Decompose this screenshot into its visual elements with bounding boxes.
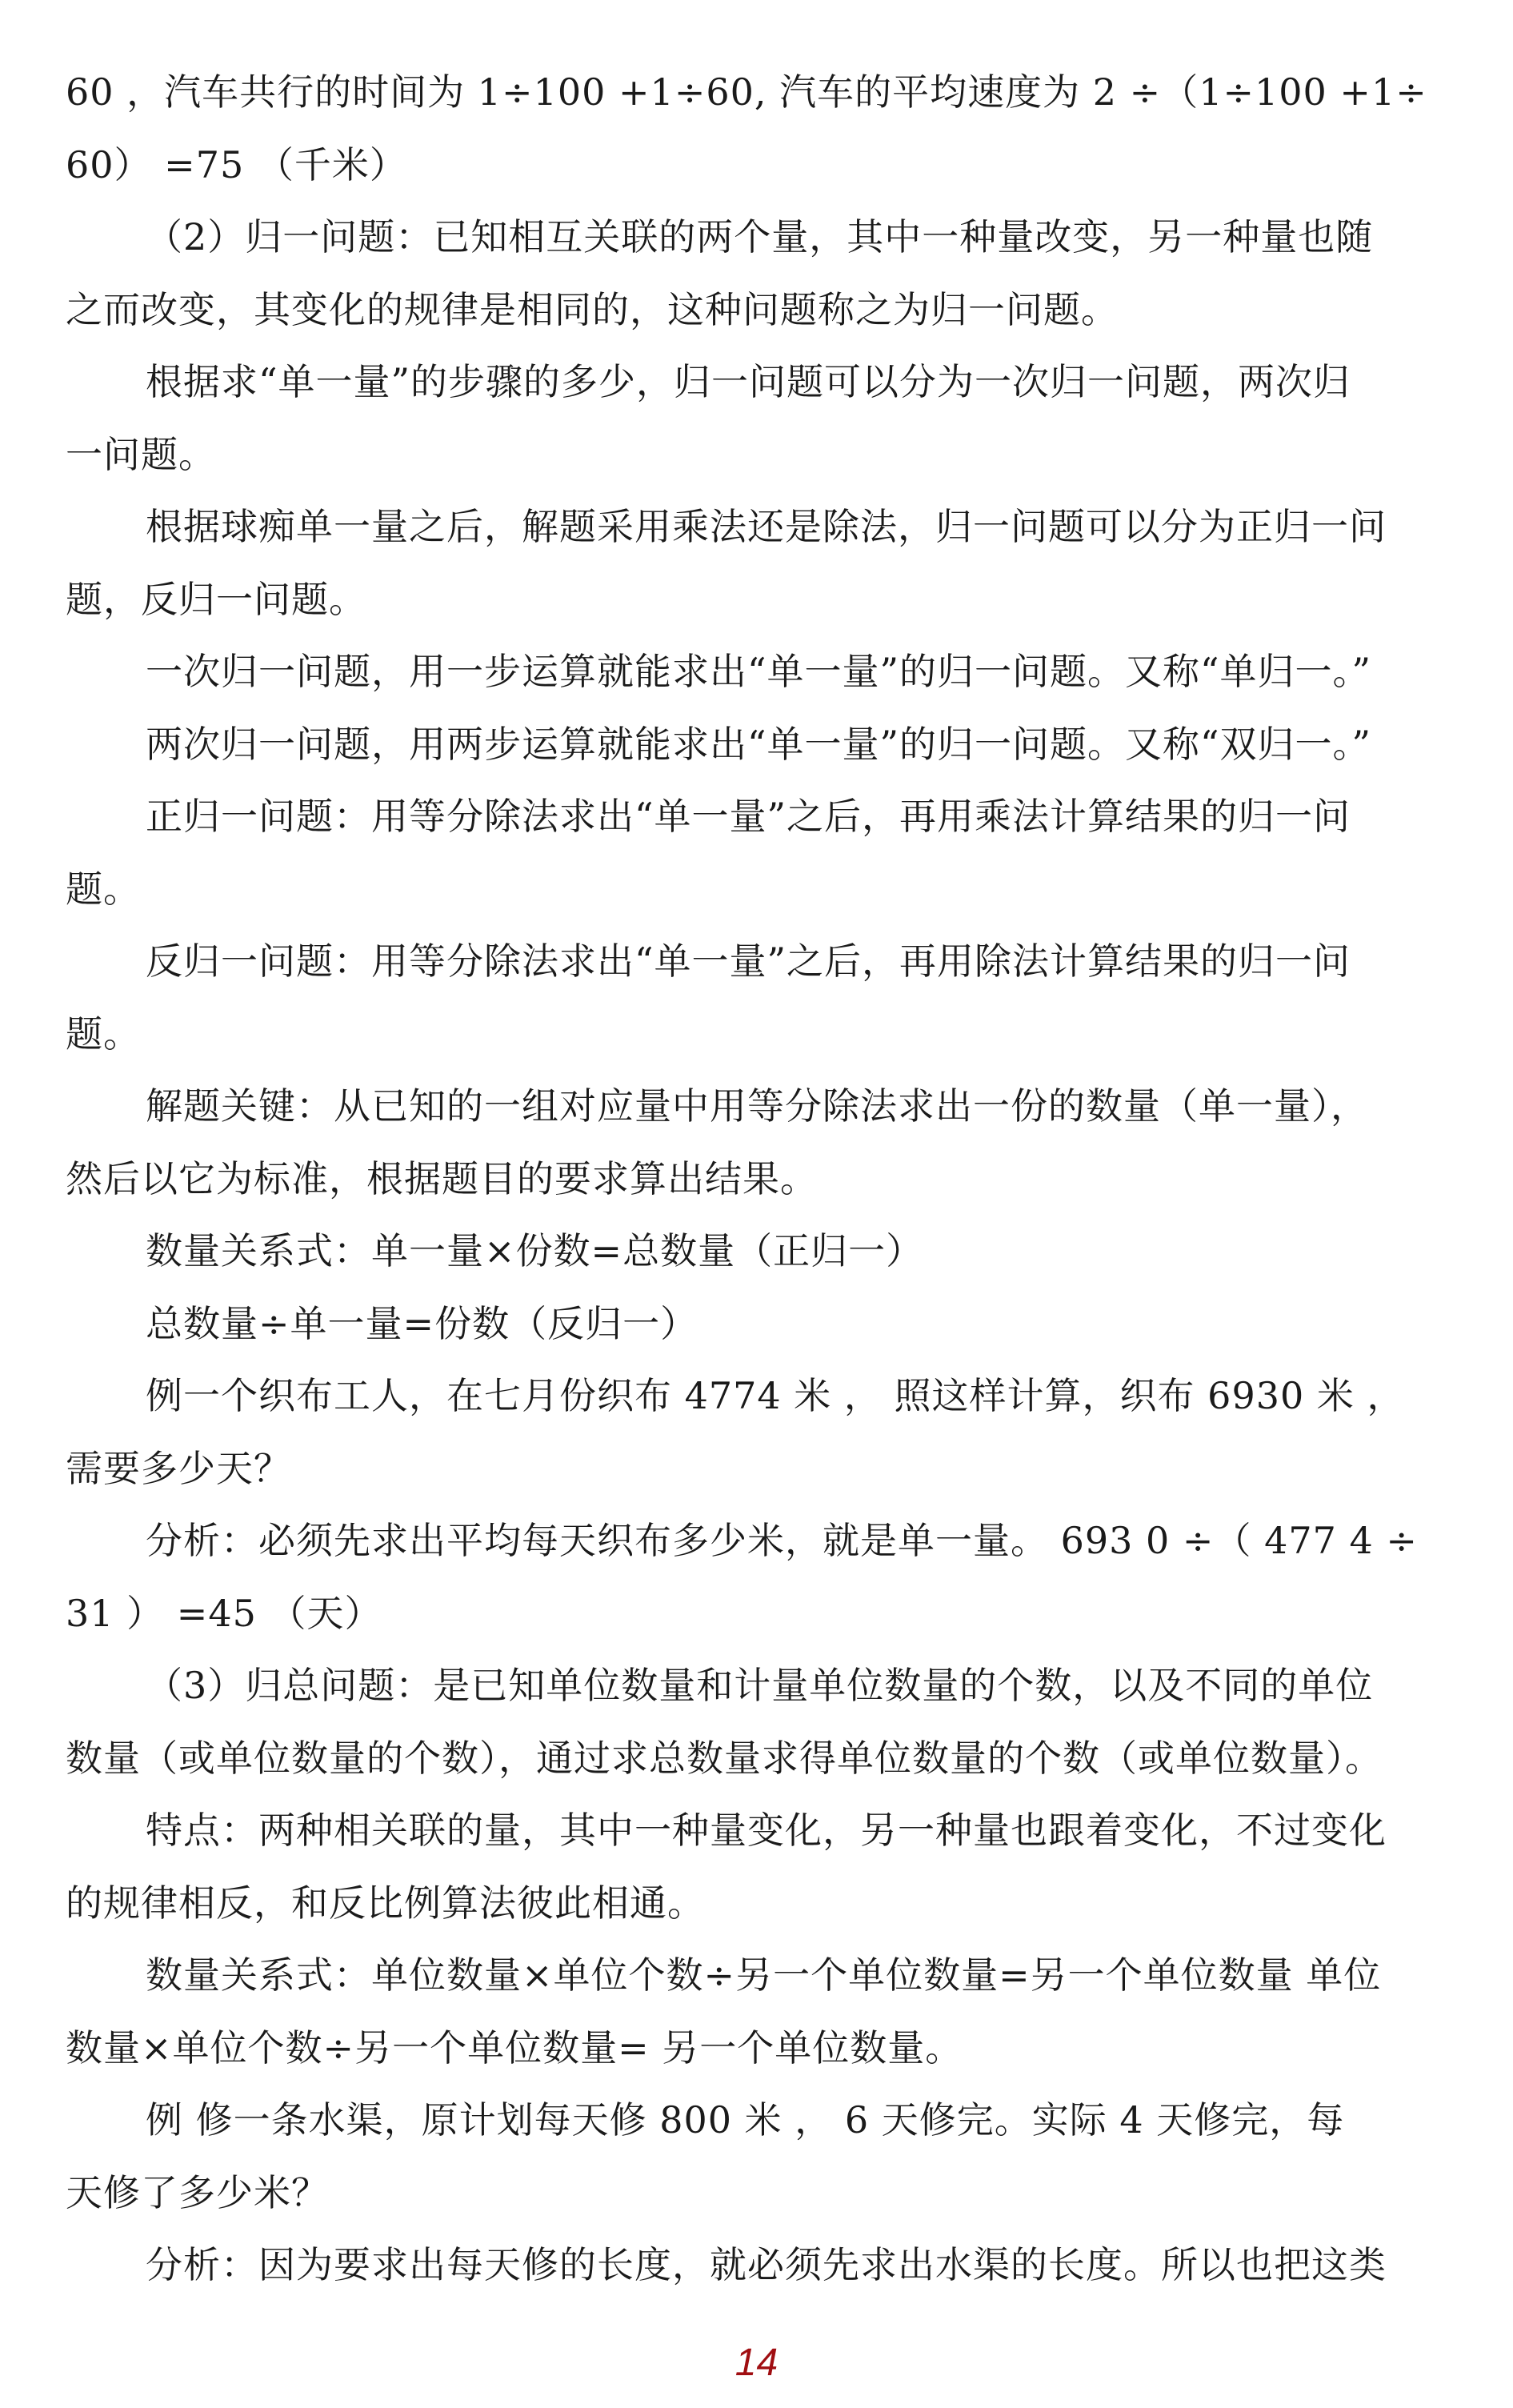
text-line: 例 修一条水渠，原计划每天修 800 米 ， 6 天修完。实际 4 天修完，每 — [66, 2084, 1458, 2157]
text-line: 数量×单位个数÷另一个单位数量= 另一个单位数量。 — [66, 2012, 1458, 2085]
text-line: 然后以它为标准，根据题目的要求算出结果。 — [66, 1143, 1458, 1216]
text-line: 数量（或单位数量的个数），通过求总数量求得单位数量的个数（或单位数量）。 — [66, 1722, 1458, 1795]
text-line: （3）归总问题：是已知单位数量和计量单位数量的个数，以及不同的单位 — [66, 1649, 1458, 1722]
text-line: 需要多少天？ — [66, 1432, 1458, 1505]
text-line: 之而改变，其变化的规律是相同的，这种问题称之为归一问题。 — [66, 274, 1458, 347]
text-line: 反归一问题：用等分除法求出“单一量”之后，再用除法计算结果的归一问 — [66, 925, 1458, 998]
text-line: 60） =75 （千米） — [66, 129, 1458, 202]
text-line: 题，反归一问题。 — [66, 563, 1458, 636]
text-line: 根据球痴单一量之后，解题采用乘法还是除法，归一问题可以分为正归一问 — [66, 491, 1458, 563]
document-body: 60 ，汽车共行的时间为 1÷100 +1÷60, 汽车的平均速度为 2 ÷（1… — [66, 56, 1458, 2302]
text-line: 总数量÷单一量=份数（反归一） — [66, 1288, 1458, 1360]
text-line: 60 ，汽车共行的时间为 1÷100 +1÷60, 汽车的平均速度为 2 ÷（1… — [66, 56, 1458, 129]
text-line: （2）归一问题：已知相互关联的两个量，其中一种量改变，另一种量也随 — [66, 201, 1458, 274]
text-line: 两次归一问题，用两步运算就能求出“单一量”的归一问题。又称“双归一。” — [66, 708, 1458, 781]
text-line: 的规律相反，和反比例算法彼此相通。 — [66, 1867, 1458, 1940]
text-line: 正归一问题：用等分除法求出“单一量”之后，再用乘法计算结果的归一问 — [66, 780, 1458, 853]
text-line: 分析：因为要求出每天修的长度，就必须先求出水渠的长度。所以也把这类 — [66, 2229, 1458, 2302]
text-line: 根据求“单一量”的步骤的多少，归一问题可以分为一次归一问题，两次归 — [66, 346, 1458, 419]
text-line: 一问题。 — [66, 419, 1458, 491]
text-line: 天修了多少米？ — [66, 2157, 1458, 2230]
text-line: 例一个织布工人，在七月份织布 4774 米 ， 照这样计算，织布 6930 米 … — [66, 1360, 1458, 1432]
text-line: 特点：两种相关联的量，其中一种量变化，另一种量也跟着变化，不过变化 — [66, 1794, 1458, 1867]
text-line: 数量关系式：单一量×份数=总数量（正归一） — [66, 1215, 1458, 1288]
text-line: 数量关系式：单位数量×单位个数÷另一个单位数量=另一个单位数量 单位 — [66, 1939, 1458, 2012]
text-line: 题。 — [66, 998, 1458, 1071]
page-number: 14 — [0, 2341, 1513, 2385]
text-line: 一次归一问题，用一步运算就能求出“单一量”的归一问题。又称“单归一。” — [66, 635, 1458, 708]
text-line: 题。 — [66, 853, 1458, 926]
text-line: 解题关键：从已知的一组对应量中用等分除法求出一份的数量（单一量）， — [66, 1070, 1458, 1143]
text-line: 分析：必须先求出平均每天织布多少米，就是单一量。 693 0 ÷（ 477 4 … — [66, 1504, 1458, 1577]
text-line: 31 ） =45 （天） — [66, 1577, 1458, 1650]
